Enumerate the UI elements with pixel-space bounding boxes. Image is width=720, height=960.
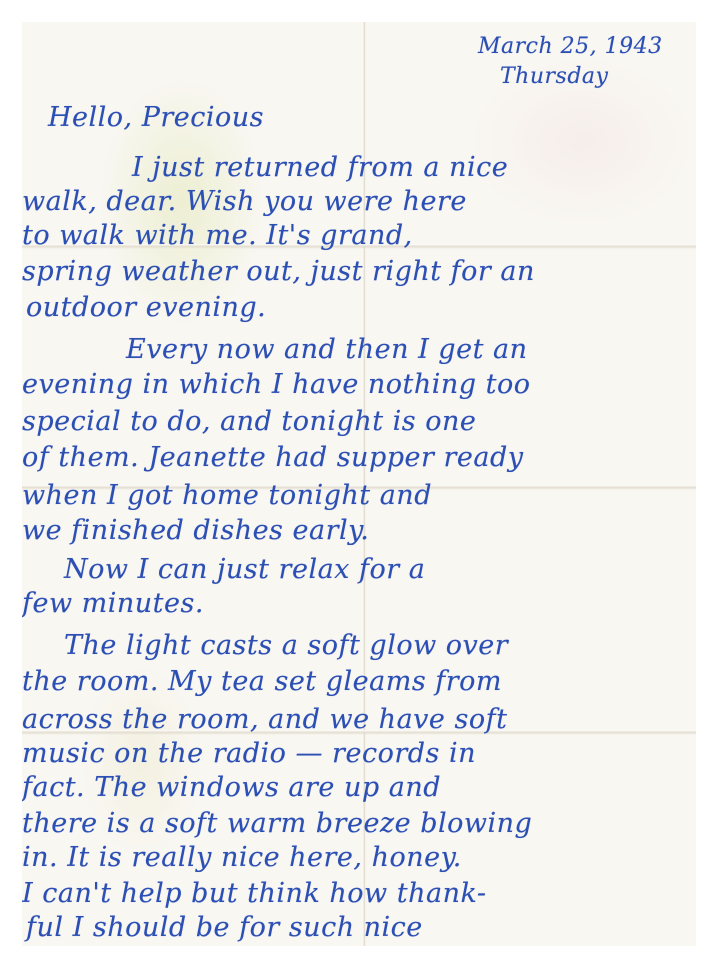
letter-line: we finished dishes early. xyxy=(22,515,369,546)
letter-line: to walk with me. It's grand, xyxy=(22,220,413,251)
letter-line: across the room, and we have soft xyxy=(22,704,507,735)
letter-line: of them. Jeanette had supper ready xyxy=(22,442,524,473)
letter-line: special to do, and tonight is one xyxy=(22,406,476,437)
letter-line: The light casts a soft glow over xyxy=(64,630,508,661)
letter-line: fact. The windows are up and xyxy=(22,772,441,803)
letter-line: Every now and then I get an xyxy=(126,334,528,365)
letter-line: outdoor evening. xyxy=(26,292,266,323)
letter-date: March 25, 1943 xyxy=(478,34,663,59)
letter-weekday: Thursday xyxy=(500,64,608,89)
letter-line: Now I can just relax for a xyxy=(64,554,425,585)
letter-line: there is a soft warm breeze blowing xyxy=(22,808,532,839)
letter-line: evening in which I have nothing too xyxy=(22,369,531,400)
letter-line: I just returned from a nice xyxy=(132,152,508,183)
letter-line: walk, dear. Wish you were here xyxy=(22,186,467,217)
letter-line: in. It is really nice here, honey. xyxy=(22,842,462,873)
letter-line: ful I should be for such nice xyxy=(26,912,423,943)
letter-line: few minutes. xyxy=(22,588,204,619)
letter-line: the room. My tea set gleams from xyxy=(22,666,502,697)
letter-page: March 25, 1943 Thursday Hello, Precious … xyxy=(22,22,696,946)
letter-line: when I got home tonight and xyxy=(22,480,432,511)
letter-line: music on the radio — records in xyxy=(22,738,476,769)
letter-line: spring weather out, just right for an xyxy=(22,256,535,287)
letter-salutation: Hello, Precious xyxy=(48,102,264,133)
letter-line: I can't help but think how thank- xyxy=(22,878,486,909)
